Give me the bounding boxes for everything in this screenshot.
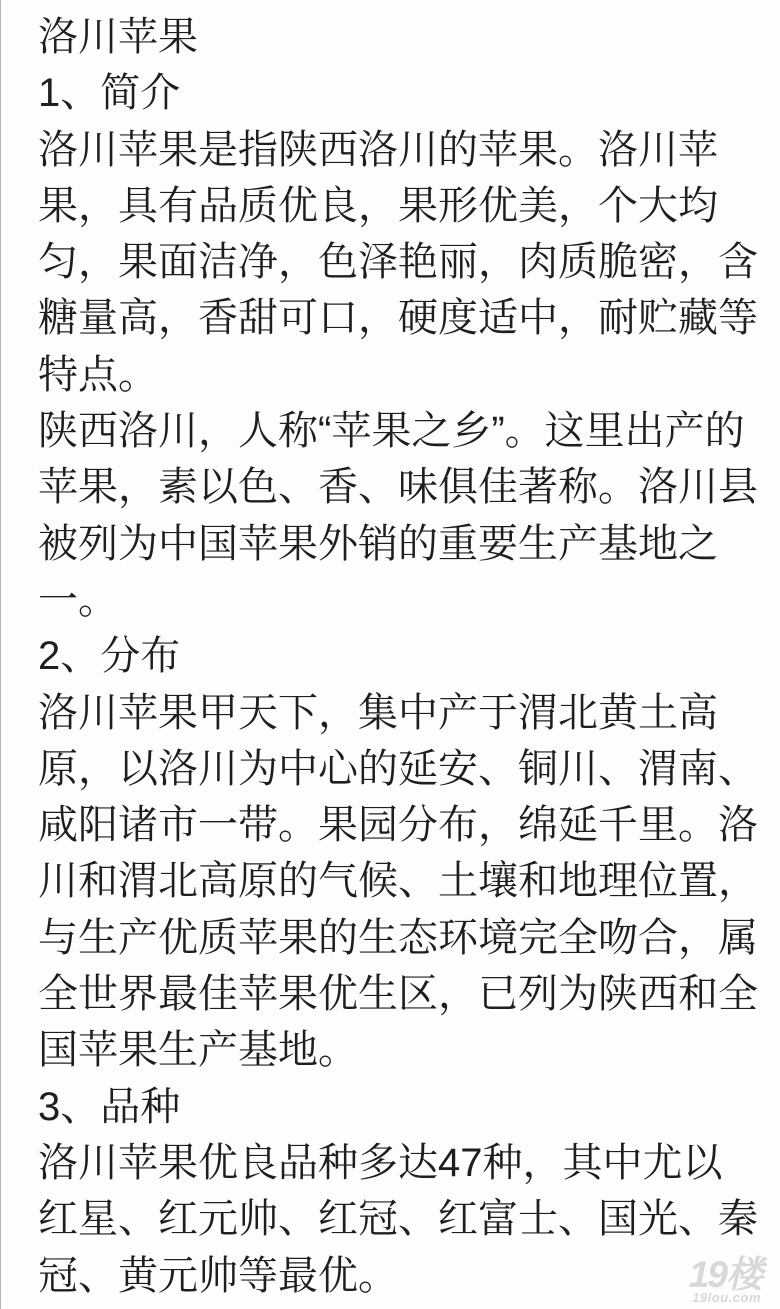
text-line: 糖量高，香甜可口，硬度适中，耐贮藏等 bbox=[38, 290, 762, 346]
text-line: 被列为中国苹果外销的重要生产基地之 bbox=[38, 516, 762, 572]
text-line: 与生产优质苹果的生态环境完全吻合，属 bbox=[38, 910, 762, 966]
section-heading: 1、简介 bbox=[38, 65, 762, 121]
text-line: 苹果，素以色、香、味俱佳著称。洛川县 bbox=[38, 459, 762, 515]
text-line: 一。 bbox=[38, 572, 762, 628]
text-line: 国苹果生产基地。 bbox=[38, 1022, 762, 1078]
article-page: 洛川苹果1、简介洛川苹果是指陕西洛川的苹果。洛川苹果，具有品质优良，果形优美，个… bbox=[0, 0, 780, 1309]
text-line: 洛川苹果优良品种多达47种，其中尤以 bbox=[38, 1135, 762, 1191]
text-line: 匀，果面洁净，色泽艳丽，肉质脆密，含 bbox=[38, 234, 762, 290]
text-line: 果，具有品质优良，果形优美，个大均 bbox=[38, 178, 762, 234]
19lou-watermark: 19楼 19lou.com bbox=[689, 1258, 761, 1305]
text-line: 红星、红元帅、红冠、红富士、国光、秦 bbox=[38, 1191, 762, 1247]
watermark-domain: 19lou.com bbox=[689, 1291, 761, 1305]
watermark-logo: 19楼 bbox=[689, 1258, 761, 1291]
text-line: 洛川苹果是指陕西洛川的苹果。洛川苹 bbox=[38, 122, 762, 178]
text-line: 原，以洛川为中心的延安、铜川、渭南、 bbox=[38, 741, 762, 797]
article: 洛川苹果1、简介洛川苹果是指陕西洛川的苹果。洛川苹果，具有品质优良，果形优美，个… bbox=[1, 0, 780, 1304]
text-line: 咸阳诸市一带。果园分布，绵延千里。洛 bbox=[38, 797, 762, 853]
text-line: 陕西洛川，人称“苹果之乡”。这里出产的 bbox=[38, 403, 762, 459]
text-line: 特点。 bbox=[38, 347, 762, 403]
text-line: 全世界最佳苹果优生区，已列为陕西和全 bbox=[38, 966, 762, 1022]
text-line: 冠、黄元帅等最优。 bbox=[38, 1248, 762, 1304]
section-heading: 2、分布 bbox=[38, 628, 762, 684]
text-line: 川和渭北高原的气候、土壤和地理位置， bbox=[38, 853, 762, 909]
section-heading: 3、品种 bbox=[38, 1079, 762, 1135]
text-line: 洛川苹果甲天下，集中产于渭北黄土高 bbox=[38, 685, 762, 741]
article-title: 洛川苹果 bbox=[38, 9, 762, 65]
